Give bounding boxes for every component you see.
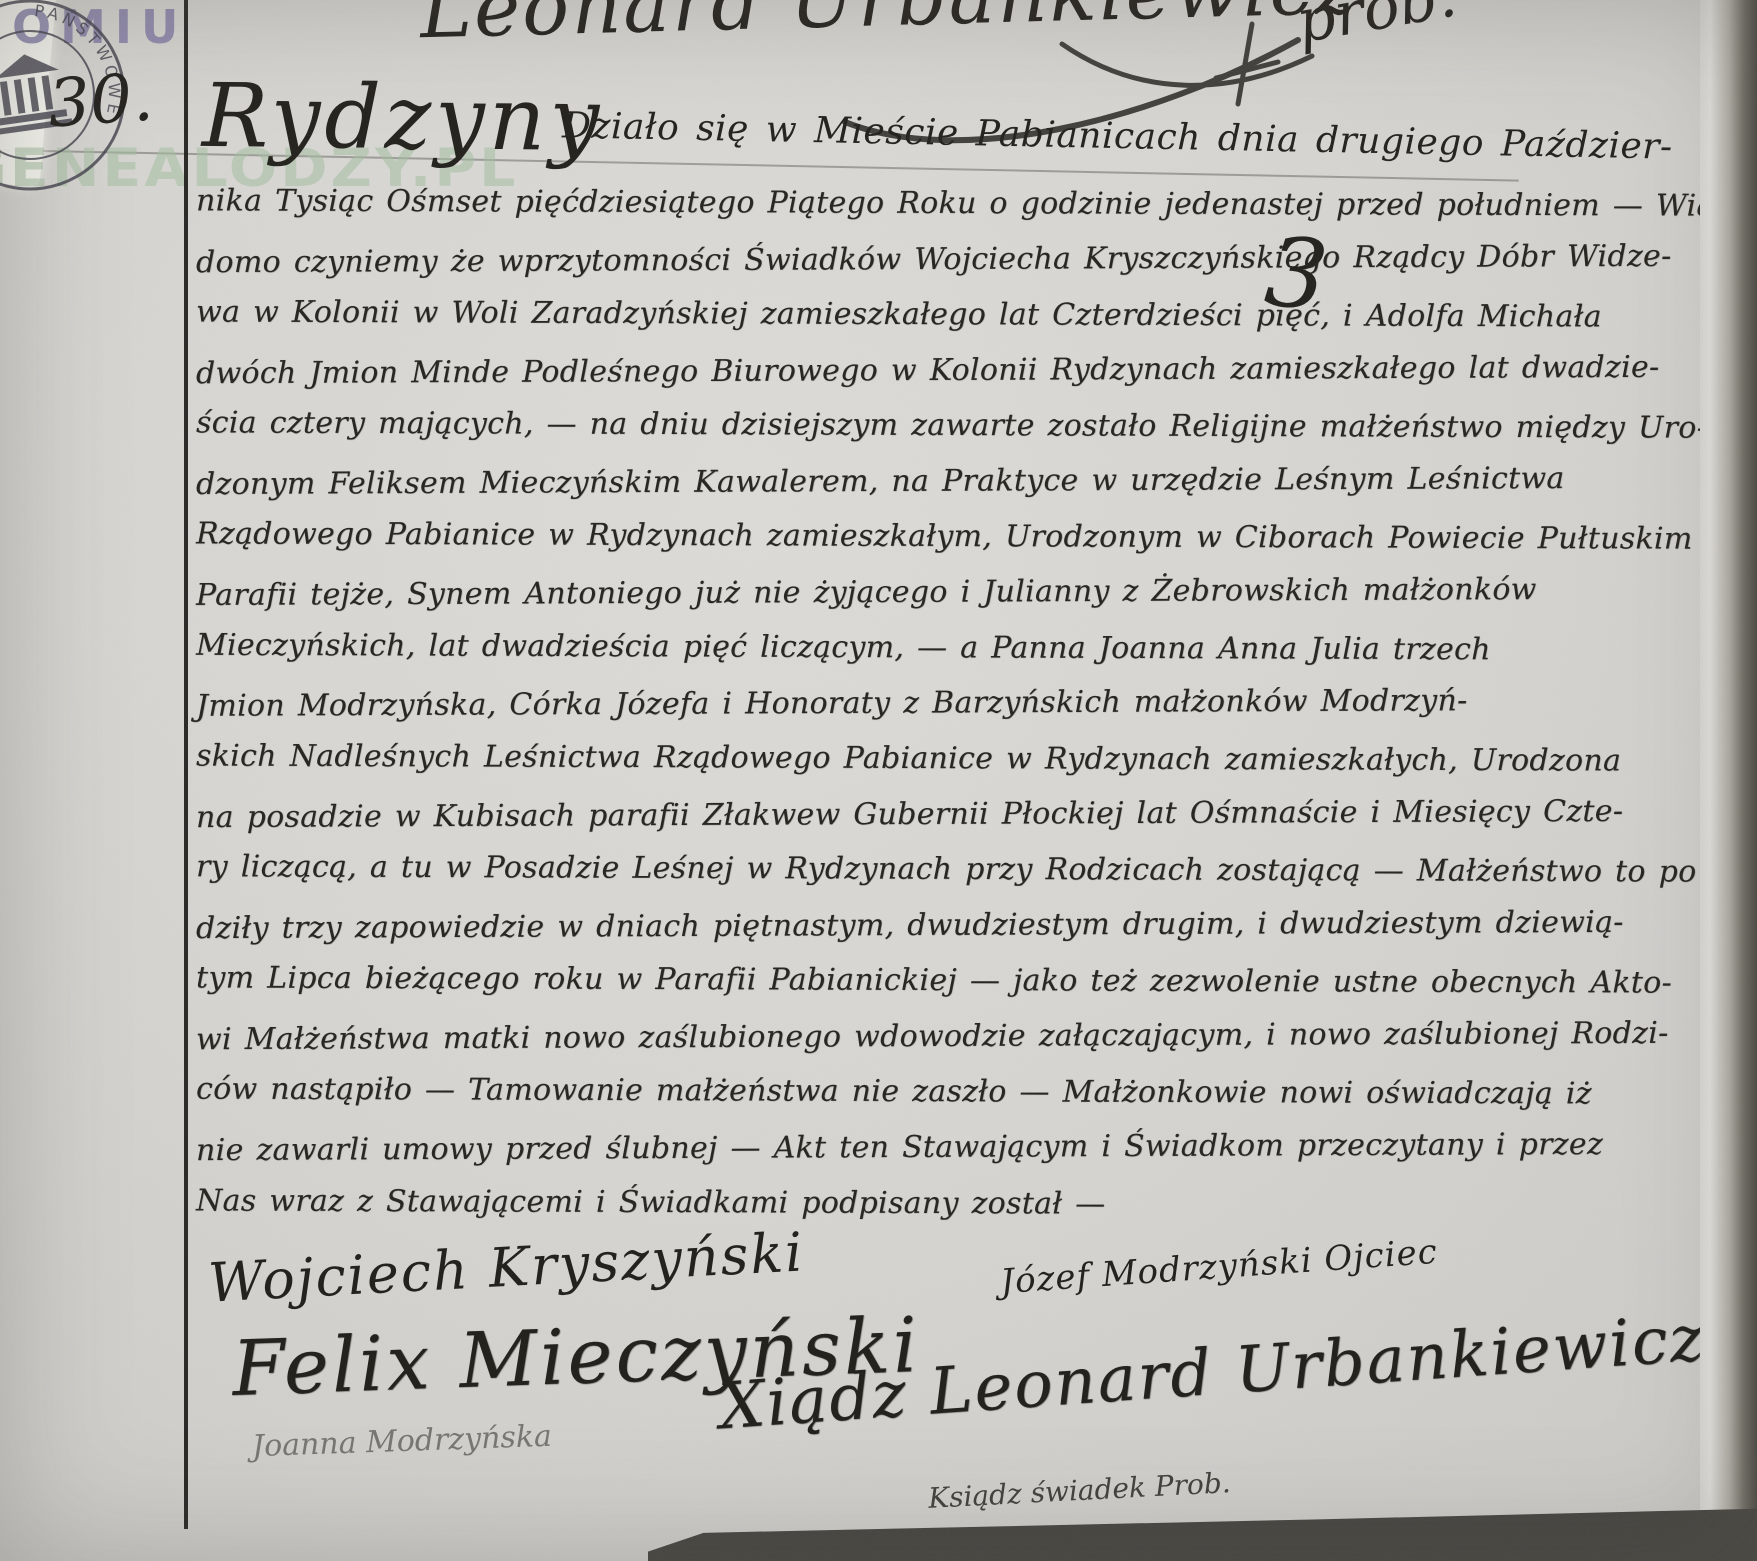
signature-witness: Wojciech Kryszyński bbox=[207, 1220, 806, 1314]
previous-record-word-fragment: prob. bbox=[1291, 0, 1461, 57]
act-line: dwóch Jmion Minde Podleśnego Biurowego w… bbox=[196, 349, 1660, 390]
act-line: Parafii tejże, Synem Antoniego już nie ż… bbox=[196, 572, 1537, 613]
scanned-register-page: PAŃSTWOWE ŁODZI OMIU GENEALODZY.PL Leona… bbox=[0, 0, 1757, 1561]
act-line: Jmion Modrzyńska, Córka Józefa i Honorat… bbox=[196, 683, 1468, 724]
act-line: Rządowego Pabianice w Rydzynach zamieszk… bbox=[196, 516, 1693, 556]
signature-father-of-bride: Józef Modrzyński Ojciec bbox=[999, 1232, 1439, 1302]
scan-edge-bottom bbox=[648, 1494, 1757, 1561]
act-line: wa w Kolonii w Woli Zaradzyńskiej zamies… bbox=[196, 295, 1602, 335]
previous-record-signature-fragment: Leonard Urbankiewicz bbox=[419, 0, 1359, 56]
signature-bride: Joanna Modrzyńska bbox=[251, 1419, 552, 1464]
record-place-title: Rydzyny bbox=[201, 64, 603, 171]
act-line: skich Nadleśnych Leśnictwa Rządowego Pab… bbox=[196, 739, 1621, 779]
act-line: ścia cztery mających, — na dniu dzisiejs… bbox=[196, 405, 1707, 445]
act-line: Mieczyńskich, lat dwadzieścia pięć liczą… bbox=[196, 628, 1491, 668]
act-line: ry liczącą, a tu w Posadzie Leśnej w Ryd… bbox=[196, 849, 1757, 890]
act-line: wi Małżeństwa matki nowo zaślubionego wd… bbox=[196, 1015, 1669, 1056]
act-line: nika Tysiąc Ośmset pięćdziesiątego Piąte… bbox=[196, 183, 1725, 223]
act-line: tym Lipca bieżącego roku w Parafii Pabia… bbox=[196, 960, 1672, 1000]
record-number: 30. bbox=[45, 58, 155, 142]
act-line: domo czyniemy że wprzytomności Świadków … bbox=[196, 238, 1672, 279]
act-line: dzonym Feliksem Mieczyńskim Kawalerem, n… bbox=[196, 461, 1565, 502]
act-line: ców nastąpiło — Tamowanie małżeństwa nie… bbox=[196, 1072, 1592, 1112]
signature-priest-caption: Ksiądz świadek Prob. bbox=[927, 1466, 1231, 1515]
margin-rule bbox=[184, 0, 188, 1529]
act-line: na posadzie w Kubisach parafii Złakwew G… bbox=[196, 793, 1623, 834]
act-line: Nas wraz z Stawającemi i Świadkami podpi… bbox=[196, 1183, 1106, 1221]
page-edge-right bbox=[1700, 0, 1757, 1561]
act-line: nie zawarli umowy przed ślubnej — Akt te… bbox=[196, 1126, 1603, 1167]
act-line: dziły trzy zapowiedzie w dniach piętnast… bbox=[196, 904, 1624, 945]
act-opening-line: Działo się w Mieście Pabianicach dnia dr… bbox=[562, 105, 1673, 167]
